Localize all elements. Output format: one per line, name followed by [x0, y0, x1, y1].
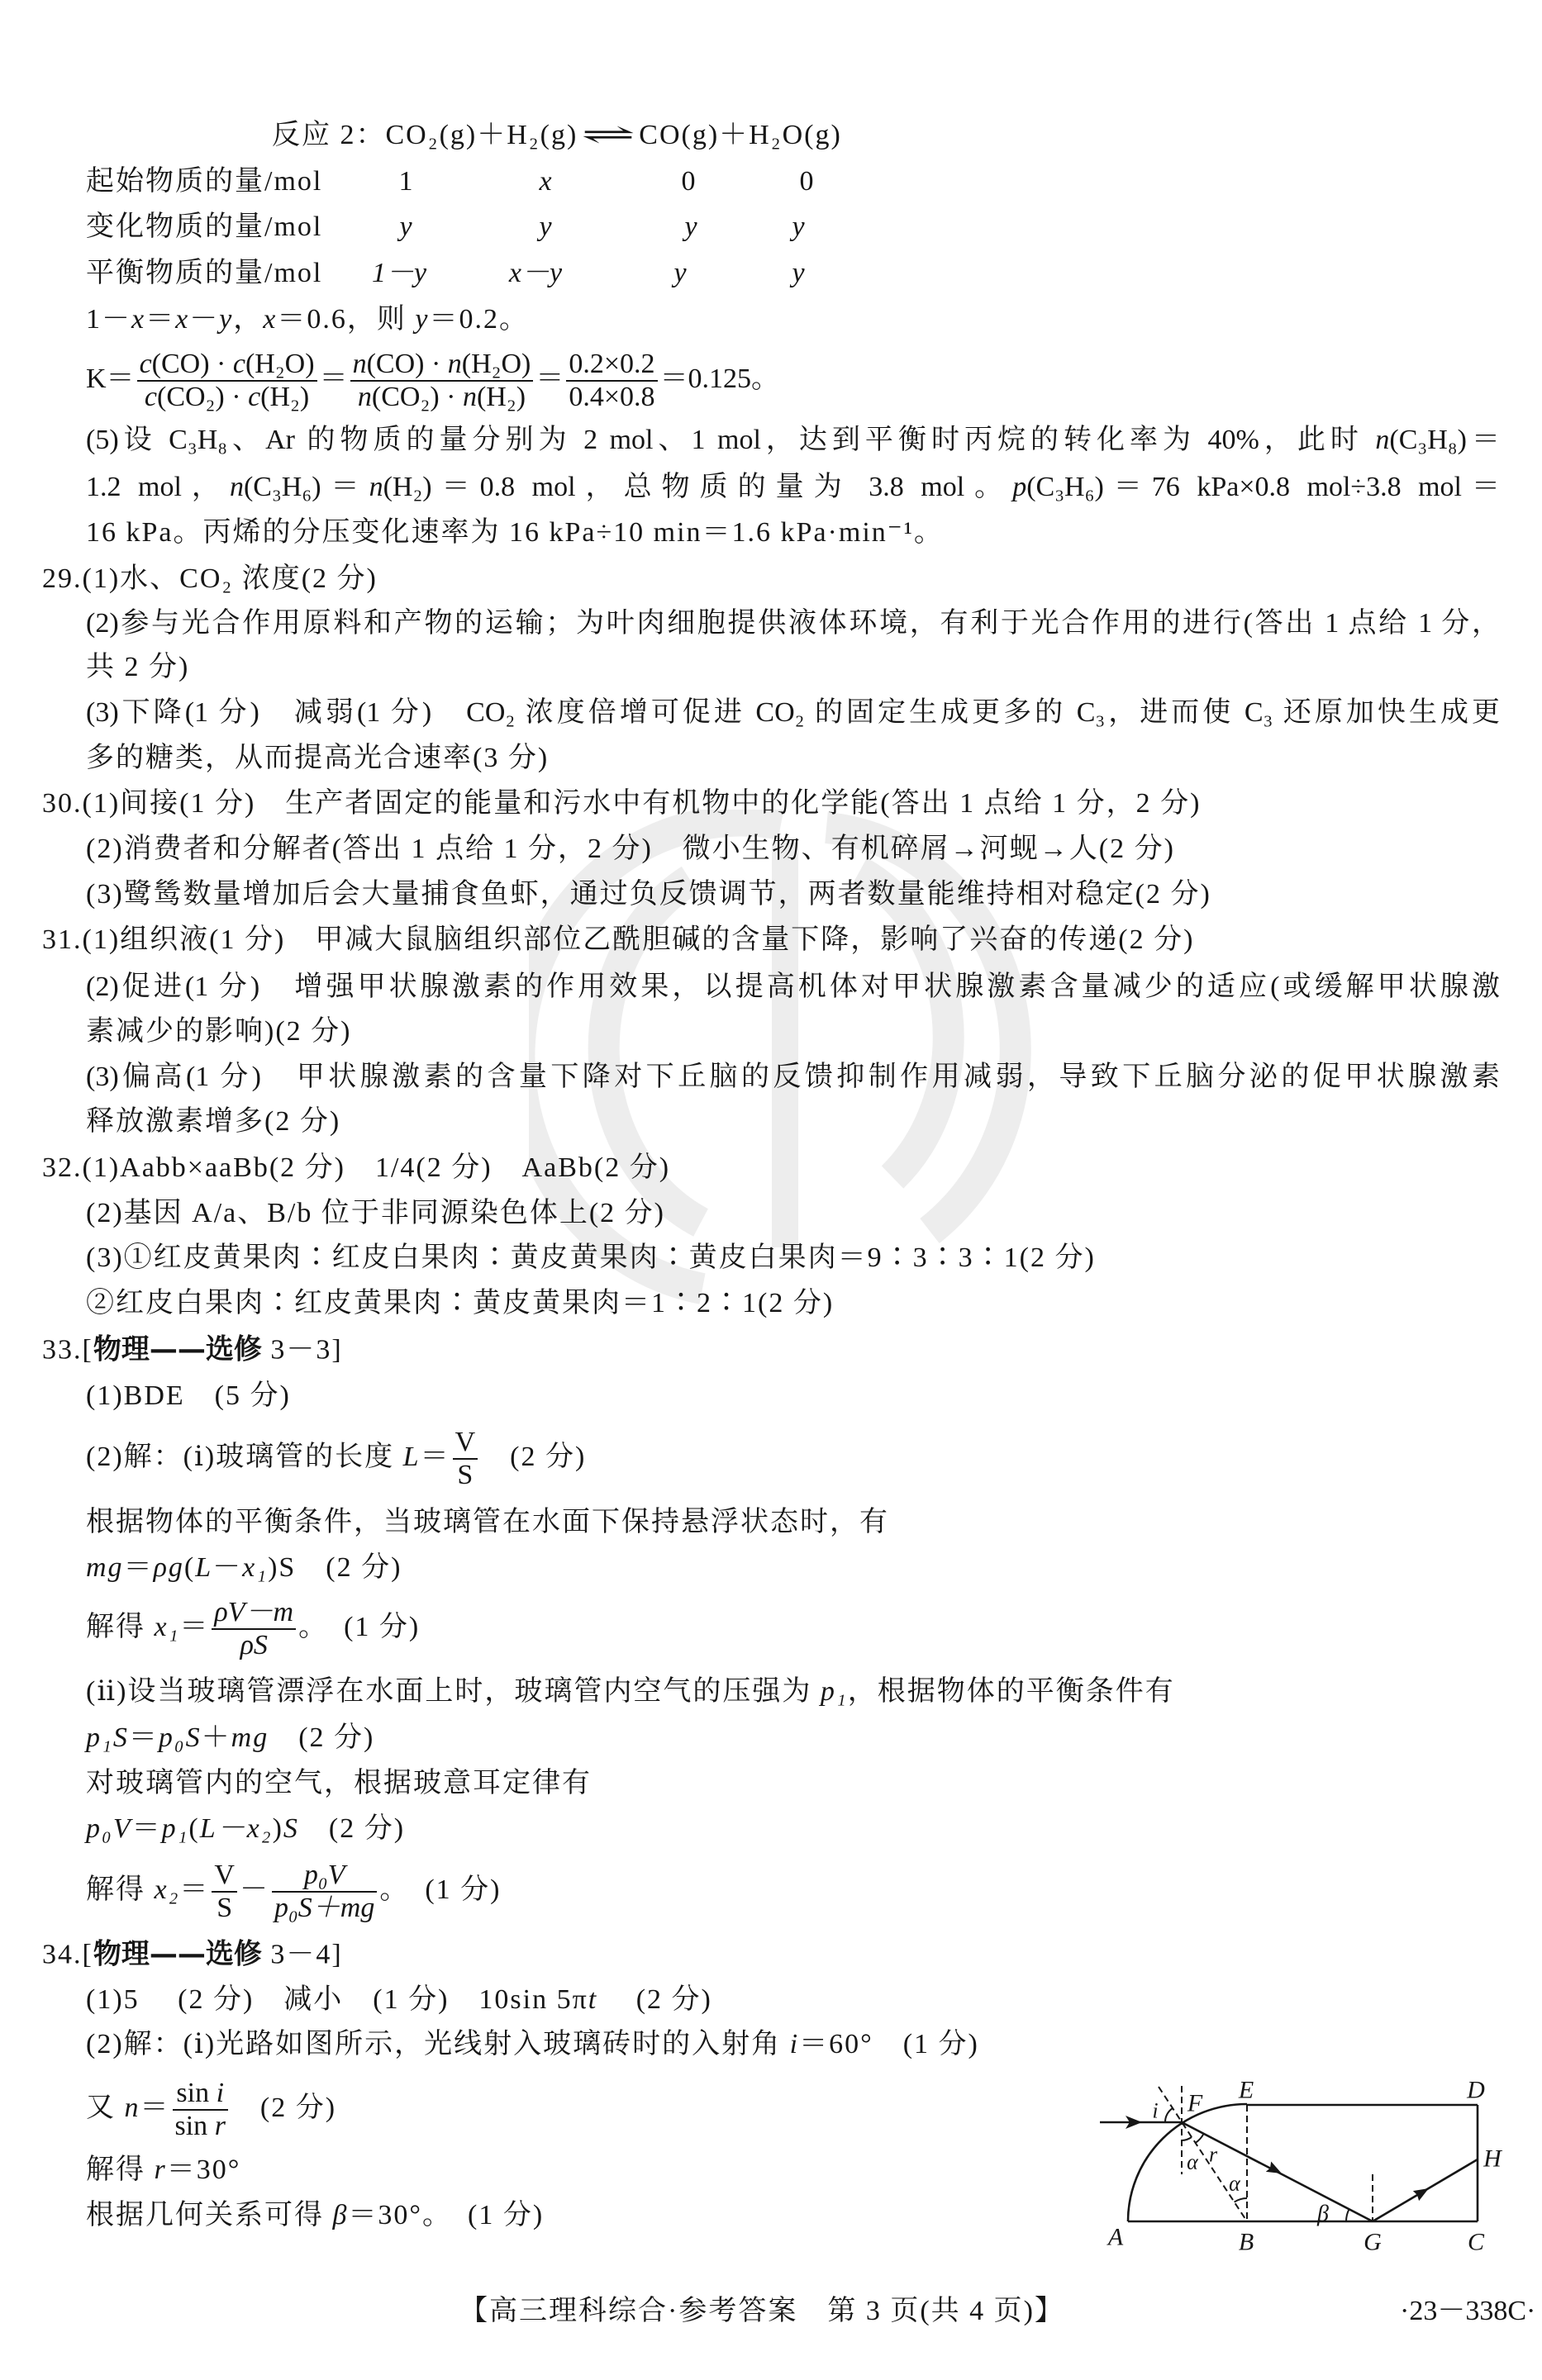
- text: (C₃H₆)＝76 kPa×0.8 mol÷3.8 mol＝: [1026, 472, 1500, 502]
- table-cell: y: [745, 209, 852, 245]
- label-angle-i: i: [1152, 2099, 1158, 2123]
- module-number: 3－4: [262, 1940, 332, 1970]
- var-i: i: [790, 2029, 799, 2059]
- text: ＝: [145, 304, 175, 335]
- var-n: n: [463, 382, 477, 412]
- text: (H₂): [477, 382, 526, 412]
- var-x: x: [131, 304, 145, 335]
- text: (CO₂) ·: [157, 382, 248, 412]
- var: x₁: [242, 1552, 268, 1583]
- question-number: 31.: [42, 924, 83, 955]
- row-label: 变化物质的量/mol: [86, 209, 322, 245]
- q30-line-2: (2)消费者和分解者(答出 1 点给 1 分，2 分) 微小生物、有机碎屑→河蚬…: [86, 831, 1175, 867]
- bracket-close: ]: [331, 1940, 342, 1970]
- denominator: S: [212, 1891, 237, 1924]
- table-cell: y: [745, 255, 852, 292]
- angle-i-arc: [1165, 2108, 1173, 2122]
- text: ＝0.2。: [429, 304, 529, 335]
- var: p₁S: [86, 1722, 129, 1753]
- q29-line-5: 多的糖类，从而提高光合速率(3 分): [86, 740, 549, 777]
- q32-line-1: 32.(1)Aabb×aaBb(2 分) 1/4(2 分) AaBb(2 分): [42, 1150, 670, 1186]
- text: (CO) ·: [152, 349, 233, 379]
- text: 1－: [86, 304, 131, 335]
- equals: ＝: [179, 1612, 209, 1642]
- var-t: t: [588, 1984, 597, 2015]
- text: ＝30°。 (1 分): [348, 2200, 544, 2230]
- table-row-initial: 起始物质的量/mol 1 x 0 0: [86, 164, 912, 200]
- denominator: p₀S＋mg: [272, 1891, 377, 1924]
- answer-text: (1)Aabb×aaBb(2 分) 1/4(2 分) AaBb(2 分): [83, 1152, 671, 1183]
- var: mg: [231, 1722, 269, 1753]
- bracket-open: [: [83, 1335, 93, 1366]
- var-n: n: [353, 349, 367, 379]
- question-number: 32.: [42, 1152, 83, 1183]
- var-x: x: [263, 304, 277, 335]
- numerator: p₀V: [272, 1860, 377, 1891]
- var-c: c: [145, 382, 157, 412]
- text: (H₂): [260, 382, 309, 412]
- row-label: 起始物质的量/mol: [86, 164, 322, 200]
- text: (CO₂) ·: [372, 382, 463, 412]
- text: －: [189, 304, 219, 335]
- q31-line-3: 素减少的影响)(2 分): [86, 1014, 351, 1050]
- text: (H₂O): [245, 349, 315, 379]
- var-n: n: [448, 349, 462, 379]
- denominator: 0.4×0.8: [566, 380, 657, 413]
- reaction-equation: 反应 2：CO₂(g)＋H₂(g)⇌CO(g)＋H₂O(g): [272, 117, 842, 154]
- k-lhs: K＝: [86, 363, 135, 394]
- table-row-equilibrium: 平衡物质的量/mol 1－y x－y y y: [86, 255, 912, 292]
- q34-refractive-index: 又 n＝sin isin r (2 分): [86, 2078, 336, 2142]
- arrow-reflected-icon: [1413, 2188, 1429, 2201]
- var: S: [283, 1813, 299, 1844]
- var-y: y: [415, 304, 429, 335]
- fraction-snell: sin isin r: [173, 2078, 228, 2142]
- section-title: 物理——选修: [93, 1938, 262, 1971]
- numerator: V: [212, 1860, 237, 1891]
- score: (2 分): [597, 1984, 712, 2015]
- numerator: sin i: [173, 2078, 228, 2109]
- table-cell: 0: [635, 164, 742, 200]
- q34-part2-i: (2)解：(ⅰ)光路如图所示，光线射入玻璃砖时的入射角 i＝60° (1 分): [86, 2026, 979, 2063]
- question-number: 34.: [42, 1940, 83, 1970]
- var-x2: x₂: [155, 1874, 180, 1905]
- light-path-diagram: A B G C D E F H i α r α β: [1074, 2049, 1521, 2255]
- question-number: 30.: [42, 788, 83, 819]
- q32-line-2: (2)基因 A/a、B/b 位于非同源染色体上(2 分): [86, 1195, 665, 1232]
- equilibrium-arrow-icon: ⇌: [538, 117, 678, 154]
- var-n: n: [125, 2093, 140, 2123]
- fraction-concentration: c(CO) · c(H₂O)c(CO₂) · c(H₂): [137, 349, 317, 413]
- k-result: ＝0.125。: [660, 363, 780, 394]
- table-cell: x: [492, 164, 599, 200]
- var-c: c: [233, 349, 245, 379]
- text: 1.2 mol，: [86, 472, 230, 502]
- label-angle-alpha: α: [1187, 2150, 1199, 2174]
- table-cell: y: [637, 209, 745, 245]
- fraction-x1: ρV－mρS: [212, 1597, 296, 1661]
- score: (2 分): [299, 1813, 405, 1844]
- numerator: c(CO) · c(H₂O): [137, 349, 317, 380]
- q33-header: 33.[物理——选修 3－3]: [42, 1332, 343, 1369]
- text: )S: [268, 1552, 296, 1583]
- score: 。 (1 分): [379, 1874, 501, 1905]
- var: p₀S: [159, 1722, 202, 1753]
- q33-equation-pressure: p₁S＝p₀S＋mg (2 分): [86, 1720, 374, 1756]
- table-cell: x－y: [482, 255, 589, 292]
- q31-line-2: (2)促进(1 分) 增强甲状腺激素的作用效果，以提高机体对甲状腺激素含量减少的…: [86, 969, 1500, 1005]
- q33-equation-balance: mg＝ρg(L－x₁)S (2 分): [86, 1550, 402, 1586]
- text: 解得: [86, 2154, 155, 2185]
- denominator: c(CO₂) · c(H₂): [137, 380, 317, 413]
- q32-line-3: (3)①红皮黄果肉∶红皮白果肉∶黄皮黄果肉∶黄皮白果肉＝9∶3∶3∶1(2 分): [86, 1240, 1096, 1276]
- text: (2)解：(ⅰ)玻璃管的长度: [86, 1442, 403, 1472]
- equals: ＝: [421, 1442, 450, 1472]
- label-angle-r: r: [1209, 2143, 1218, 2167]
- var-p: p: [1012, 472, 1026, 502]
- text: ，根据物体的平衡条件有: [848, 1676, 1175, 1707]
- var-L: L: [403, 1442, 421, 1472]
- denominator: S: [453, 1458, 478, 1491]
- var-x: x: [175, 304, 189, 335]
- radius-line-fb: [1159, 2087, 1247, 2221]
- q33-solution-x2: 解得 x₂＝VS－p₀Vp₀S＋mg。 (1 分): [86, 1860, 502, 1924]
- text: (2)解：(ⅰ)光路如图所示，光线射入玻璃砖时的入射角: [86, 2029, 790, 2059]
- var-x1: x₁: [155, 1612, 180, 1642]
- q34-result-r: 解得 r＝30°: [86, 2152, 240, 2188]
- text: (1)5 (2 分) 减小 (1 分) 10sin 5π: [86, 1984, 588, 2015]
- text: ): [273, 1813, 283, 1844]
- score: (2 分): [269, 1722, 374, 1753]
- equals: ＝: [179, 1874, 209, 1905]
- label-d: D: [1466, 2077, 1485, 2104]
- text: 16 kPa。丙烯的分压变化速率为 16 kPa÷10 min＝1.6 kPa·…: [86, 517, 944, 548]
- var-n: n: [230, 472, 244, 502]
- label-f: F: [1187, 2090, 1203, 2117]
- table-cell: y: [352, 209, 459, 245]
- score: (2 分): [231, 2093, 336, 2123]
- text: ＝: [129, 1722, 159, 1753]
- fraction-pressure: p₀Vp₀S＋mg: [272, 1860, 377, 1924]
- text: (: [184, 1552, 195, 1583]
- question-number: 33.: [42, 1335, 83, 1366]
- text: (H₂)＝0.8 mol，总物质的量为 3.8 mol。: [383, 472, 1013, 502]
- var: L－x₂: [200, 1813, 273, 1844]
- var-y: y: [219, 304, 233, 335]
- text: 又: [86, 2093, 125, 2123]
- text: (C₃H₈)＝: [1389, 425, 1500, 455]
- denominator: sin r: [173, 2109, 228, 2142]
- text: ＝60° (1 分): [799, 2029, 979, 2059]
- var: mg: [86, 1552, 124, 1583]
- reaction-reactants: 反应 2：CO₂(g)＋H₂(g): [272, 120, 578, 150]
- var-c: c: [140, 349, 152, 379]
- text: ＝0.6，则: [277, 304, 415, 335]
- module-number: 3－3: [262, 1335, 332, 1366]
- text: ＝: [132, 1813, 162, 1844]
- part5-line-1: (5)设 C₃H₈、Ar 的物质的量分别为 2 mol、1 mol，达到平衡时丙…: [86, 422, 1500, 458]
- angle-alpha-b-arc: [1235, 2198, 1247, 2202]
- var: p₁: [162, 1813, 189, 1844]
- equals: ＝: [140, 2093, 170, 2123]
- q33-part1: (1)BDE (5 分): [86, 1378, 291, 1414]
- label-a: A: [1107, 2224, 1124, 2251]
- var-n: n: [358, 382, 372, 412]
- numerator: n(CO) · n(H₂O): [350, 349, 534, 380]
- q31-line-5: 释放激素增多(2 分): [86, 1104, 340, 1140]
- label-c: C: [1468, 2229, 1485, 2256]
- q33-part2-length: (2)解：(ⅰ)玻璃管的长度 L＝VS (2 分): [86, 1427, 586, 1491]
- question-number: 29.: [42, 563, 83, 594]
- q34-result-beta: 根据几何关系可得 β＝30°。 (1 分): [86, 2197, 544, 2234]
- text: 解得: [86, 1874, 155, 1905]
- var-n: n: [369, 472, 383, 502]
- label-angle-beta: β: [1316, 2202, 1329, 2227]
- label-e: E: [1238, 2077, 1254, 2104]
- answer-key-page: 反应 2：CO₂(g)＋H₂(g)⇌CO(g)＋H₂O(g) 起始物质的量/mo…: [0, 0, 1542, 2380]
- var: L: [195, 1552, 212, 1583]
- text: (: [188, 1813, 199, 1844]
- var-i: i: [217, 2078, 224, 2108]
- solve-line: 1－x＝x－y，x＝0.6，则 y＝0.2。: [86, 302, 529, 338]
- equals: ＝: [320, 363, 348, 394]
- var-r: r: [155, 2154, 167, 2185]
- text: 解得: [86, 1612, 155, 1642]
- q33-part2-ii: (ⅱ)设当玻璃管漂浮在水面上时，玻璃管内空气的压强为 p₁，根据物体的平衡条件有: [86, 1674, 1175, 1710]
- footer-title: 【高三理科综合·参考答案 第 3 页(共 4 页)】: [459, 2293, 1064, 2330]
- q29-line-4: (3)下降(1 分) 减弱(1 分) CO₂ 浓度倍增可促进 CO₂ 的固定生成…: [86, 695, 1500, 731]
- section-title: 物理——选修: [93, 1333, 262, 1366]
- table-cell: 1: [352, 164, 459, 200]
- equilibrium-constant-expression: K＝c(CO) · c(H₂O)c(CO₂) · c(H₂)＝n(CO) · n…: [86, 349, 779, 413]
- label-b: B: [1239, 2229, 1254, 2256]
- answer-text: (1)组织液(1 分) 甲减大鼠脑组织部位乙酰胆碱的含量下降，影响了兴奋的传递(…: [83, 924, 1195, 955]
- equals: ＝: [535, 363, 564, 394]
- score: 。 (1 分): [298, 1612, 420, 1642]
- q29-line-3: 共 2 分): [86, 649, 189, 686]
- text: sin: [176, 2078, 216, 2108]
- table-cell: y: [492, 209, 599, 245]
- denominator: n(CO₂) · n(H₂): [350, 380, 534, 413]
- part5-line-2: 1.2 mol，n(C₃H₆)＝n(H₂)＝0.8 mol，总物质的量为 3.8…: [86, 469, 1500, 506]
- bracket-open: [: [83, 1940, 93, 1970]
- var-n: n: [1375, 425, 1389, 455]
- text: (5)设 C₃H₈、Ar 的物质的量分别为 2 mol、1 mol，达到平衡时丙…: [86, 425, 1375, 455]
- text: (C₃H₆)＝: [244, 472, 369, 502]
- text: (CO) ·: [367, 349, 448, 379]
- angle-beta-arc: [1346, 2209, 1349, 2221]
- footer-code: ·23－338C·: [1400, 2293, 1535, 2330]
- score: (2 分): [480, 1442, 586, 1472]
- angle-r-arc: [1196, 2134, 1204, 2143]
- text: sin: [175, 2111, 215, 2141]
- score: (2 分): [296, 1552, 402, 1583]
- fraction-v-over-s: VS: [212, 1860, 237, 1924]
- label-angle-alpha-b: α: [1229, 2172, 1241, 2196]
- minus: －: [240, 1874, 269, 1905]
- numerator: V: [453, 1427, 478, 1458]
- numerator: 0.2×0.2: [566, 349, 657, 380]
- q31-line-1: 31.(1)组织液(1 分) 甲减大鼠脑组织部位乙酰胆碱的含量下降，影响了兴奋的…: [42, 922, 1194, 958]
- q30-line-1: 30.(1)间接(1 分) 生产者固定的能量和污水中有机物中的化学能(答出 1 …: [42, 786, 1201, 822]
- var-beta: β: [333, 2200, 349, 2230]
- text: ＝: [124, 1552, 154, 1583]
- q29-line-1: 29.(1)水、CO₂ 浓度(2 分): [42, 561, 378, 597]
- text: (ⅱ)设当玻璃管漂浮在水面上时，玻璃管内空气的压强为: [86, 1676, 821, 1707]
- denominator: ρS: [212, 1628, 296, 1661]
- table-cell: 0: [753, 164, 860, 200]
- q34-part1: (1)5 (2 分) 减小 (1 分) 10sin 5πt (2 分): [86, 1982, 712, 2018]
- q34-header: 34.[物理——选修 3－4]: [42, 1936, 343, 1974]
- q32-line-4: ②红皮白果肉∶红皮黄果肉∶黄皮黄果肉＝1∶2∶1(2 分): [86, 1285, 834, 1322]
- row-label: 平衡物质的量/mol: [86, 255, 322, 292]
- text: ＝30°: [167, 2154, 241, 2185]
- q33-line: 对玻璃管内的空气，根据玻意耳定律有: [86, 1765, 592, 1802]
- label-h: H: [1483, 2145, 1503, 2173]
- q31-line-4: (3)偏高(1 分) 甲状腺激素的含量下降对下丘脑的反馈抑制作用减弱，导致下丘脑…: [86, 1059, 1500, 1095]
- answer-text: (1)间接(1 分) 生产者固定的能量和污水中有机物中的化学能(答出 1 点给 …: [83, 788, 1202, 819]
- table-row-change: 变化物质的量/mol y y y y: [86, 209, 912, 245]
- text: (H₂O): [462, 349, 531, 379]
- table-cell: 1－y: [345, 255, 453, 292]
- fraction-numeric: 0.2×0.20.4×0.8: [566, 349, 657, 413]
- var: p₀V: [86, 1813, 132, 1844]
- var-c: c: [248, 382, 260, 412]
- q33-equation-boyle: p₀V＝p₁(L－x₂)S (2 分): [86, 1811, 405, 1847]
- angle-alpha-arc: [1182, 2137, 1192, 2140]
- table-cell: y: [626, 255, 734, 292]
- answer-text: (1)水、CO₂ 浓度(2 分): [83, 563, 378, 594]
- text: ，: [233, 304, 263, 335]
- var-p1: p₁: [821, 1676, 848, 1707]
- text: －: [212, 1552, 242, 1583]
- bracket-close: ]: [331, 1335, 342, 1366]
- part5-line-3: 16 kPa。丙烯的分压变化速率为 16 kPa÷10 min＝1.6 kPa·…: [86, 515, 944, 551]
- numerator: ρV－m: [212, 1597, 296, 1628]
- text: ＋: [202, 1722, 231, 1753]
- q29-line-2: (2)参与光合作用原料和产物的运输；为叶肉细胞提供液体环境，有利于光合作用的进行…: [86, 606, 1500, 642]
- var-r: r: [215, 2111, 226, 2141]
- label-g: G: [1364, 2229, 1382, 2256]
- var: ρg: [154, 1552, 184, 1583]
- q33-solution-x1: 解得 x₁＝ρV－mρS。 (1 分): [86, 1597, 420, 1661]
- fraction-v-over-s: VS: [453, 1427, 478, 1491]
- q30-line-3: (3)鹭鸶数量增加后会大量捕食鱼虾，通过负反馈调节，两者数量能维持相对稳定(2 …: [86, 876, 1211, 913]
- fraction-amount: n(CO) · n(H₂O)n(CO₂) · n(H₂): [350, 349, 534, 413]
- text: 根据几何关系可得: [86, 2200, 333, 2230]
- q33-line: 根据物体的平衡条件，当玻璃管在水面下保持悬浮状态时，有: [86, 1504, 889, 1541]
